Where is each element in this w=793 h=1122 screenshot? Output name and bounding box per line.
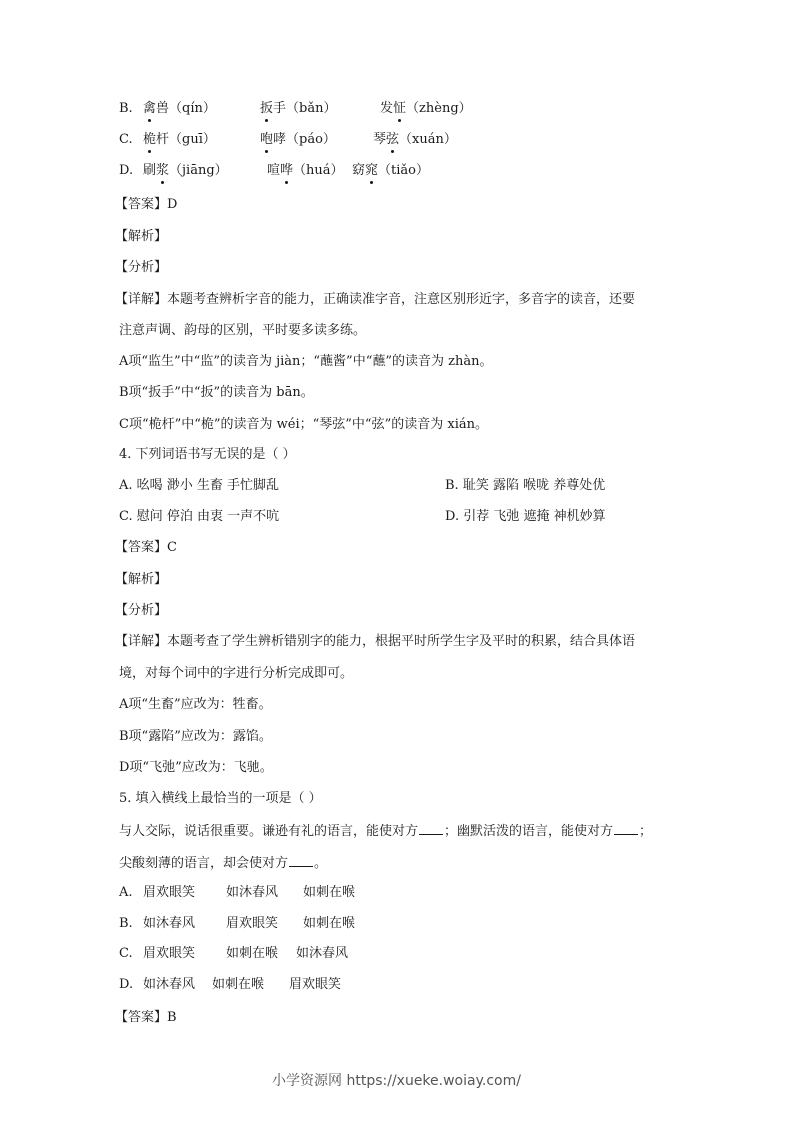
- char: 兽: [156, 101, 169, 116]
- answer-tag: 【答案】: [115, 540, 167, 555]
- footer-watermark: 小学资源网 https://xueke.woiay.com/: [0, 1070, 793, 1090]
- answer-value: D: [167, 197, 177, 212]
- q4-jiexi: 【解析】: [115, 572, 167, 588]
- q4-detail-b: B项“露陷”应改为：露馅。: [119, 729, 272, 745]
- q3-detail-line1: 【详解】本题考查辨析字音的能力，正确读准字音，注意区别形近字，多音字的读音，还要: [115, 292, 635, 308]
- q3-option-d: D. 刷浆（jiāng） 喧哗（huá） 窈窕（tiǎo）: [119, 163, 133, 179]
- detail-tag: 【详解】: [115, 634, 167, 649]
- dotted-char: 咆: [260, 132, 273, 148]
- char: 发: [380, 101, 393, 116]
- phrase: 如沐春风: [143, 916, 195, 932]
- q4-option-b: B. 耻笑 露陷 喉咙 养尊处优: [445, 478, 605, 494]
- pinyin: （tiǎo）: [378, 163, 429, 178]
- q3-answer: 【答案】D: [115, 197, 177, 213]
- q3-detail-b: B项“扳手”中“扳”的读音为 bān。: [119, 385, 314, 401]
- q5-option-d: D. 如沐春风 如刺在喉 眉欢眼笑: [119, 977, 133, 993]
- q5-paragraph-line2: 尖酸刻薄的语言，却会使对方。: [119, 854, 327, 872]
- dotted-char: 怔: [393, 101, 406, 117]
- phrase: 如刺在喉: [303, 916, 355, 932]
- char: 喧: [267, 163, 280, 178]
- q3-option-b: B. 禽兽（qín） 扳手（bǎn） 发怔（zhèng）: [119, 101, 133, 117]
- q4-detail-d: D项“飞弛”应改为：飞驰。: [119, 760, 273, 776]
- dotted-char: 浆: [156, 163, 169, 179]
- char: 手: [273, 101, 286, 116]
- q5-option-b: B. 如沐春风 眉欢眼笑 如刺在喉: [119, 916, 133, 932]
- pinyin: （páo）: [286, 132, 336, 147]
- q3-detail-a: A项“监生”中“监”的读音为 jiàn；“蘸酱”中“蘸”的读音为 zhàn。: [119, 354, 492, 370]
- option-label: C.: [119, 132, 133, 147]
- option-label: C.: [119, 946, 133, 961]
- q3-option-c: C. 桅杆（guī） 咆哮（páo） 琴弦（xuán）: [119, 132, 133, 148]
- word: 刷浆（jiāng）: [143, 163, 228, 179]
- q5-option-c: C. 眉欢眼笑 如刺在喉 如沐春风: [119, 946, 133, 962]
- pinyin: （xuán）: [399, 132, 457, 147]
- phrase: 如沐春风: [226, 885, 278, 901]
- option-label: A.: [119, 885, 133, 900]
- q4-stem: 4. 下列词语书写无误的是（ ）: [119, 447, 296, 463]
- phrase: 眉欢眼笑: [226, 916, 278, 932]
- q3-detail-c: C项“桅杆”中“桅”的读音为 wéi；“琴弦”中“弦”的读音为 xián。: [119, 417, 488, 433]
- phrase: 如刺在喉: [303, 885, 355, 901]
- text: ；幽默活泼的语言，能使对方: [444, 824, 613, 839]
- char: 哮: [273, 132, 286, 147]
- dotted-char: 哗: [280, 163, 293, 179]
- dotted-char: 扳: [260, 101, 273, 117]
- word: 扳手（bǎn）: [260, 101, 336, 117]
- char: 杆: [156, 132, 169, 147]
- q4-detail-a: A项“生畜”应改为：牲畜。: [119, 697, 272, 713]
- q4-option-c: C. 慰问 停泊 由衷 一声不吭: [119, 509, 279, 525]
- dotted-char: 禽: [143, 101, 156, 117]
- word: 喧哗（huá）: [267, 163, 344, 179]
- fill-blank: [614, 822, 638, 835]
- q5-option-a: A. 眉欢眼笑 如沐春风 如刺在喉: [119, 885, 133, 901]
- q5-paragraph-line1: 与人交际，说话很重要。谦逊有礼的语言，能使对方；幽默活泼的语言，能使对方；: [119, 822, 652, 840]
- q5-stem: 5. 填入横线上最恰当的一项是（ ）: [119, 791, 322, 807]
- q3-jiexi: 【解析】: [115, 229, 167, 245]
- word: 桅杆（guī）: [143, 132, 216, 148]
- q5-answer: 【答案】B: [115, 1010, 177, 1026]
- pinyin: （qín）: [169, 101, 216, 116]
- detail-tag: 【详解】: [115, 292, 167, 307]
- fill-blank: [419, 822, 443, 835]
- phrase: 眉欢眼笑: [143, 946, 195, 962]
- dotted-char: 窕: [365, 163, 378, 179]
- q4-fenxi: 【分析】: [115, 603, 167, 619]
- text: 。: [314, 856, 327, 871]
- text: 与人交际，说话很重要。谦逊有礼的语言，能使对方: [119, 824, 418, 839]
- dotted-char: 弦: [386, 132, 399, 148]
- answer-value: B: [167, 1010, 177, 1025]
- pinyin: （jiāng）: [169, 163, 228, 178]
- word: 窈窕（tiǎo）: [352, 163, 429, 179]
- detail-text: 本题考查了学生辨析错别字的能力，根据平时所学生字及平时的积累，结合具体语: [167, 634, 635, 649]
- q4-detail-line2: 境，对每个词中的字进行分析完成即可。: [119, 666, 353, 682]
- phrase: 如刺在喉: [212, 977, 264, 993]
- answer-value: C: [167, 540, 177, 555]
- q3-detail-line2: 注意声调、韵母的区别，平时要多读多练。: [119, 323, 366, 339]
- answer-tag: 【答案】: [115, 1010, 167, 1025]
- pinyin: （guī）: [169, 132, 216, 147]
- pinyin: （bǎn）: [286, 101, 336, 116]
- q4-answer: 【答案】C: [115, 540, 177, 556]
- option-label: D.: [119, 163, 133, 178]
- word: 咆哮（páo）: [260, 132, 336, 148]
- char: 刷: [143, 163, 156, 178]
- word: 琴弦（xuán）: [373, 132, 457, 148]
- phrase: 眉欢眼笑: [289, 977, 341, 993]
- char: 窈: [352, 163, 365, 178]
- char: 琴: [373, 132, 386, 147]
- q4-detail-line1: 【详解】本题考查了学生辨析错别字的能力，根据平时所学生字及平时的积累，结合具体语: [115, 634, 635, 650]
- detail-text: 本题考查辨析字音的能力，正确读准字音，注意区别形近字，多音字的读音，还要: [167, 292, 635, 307]
- answer-tag: 【答案】: [115, 197, 167, 212]
- dotted-char: 桅: [143, 132, 156, 148]
- word: 发怔（zhèng）: [380, 101, 472, 117]
- q4-option-d: D. 引荐 飞弛 遮掩 神机妙算: [445, 509, 606, 525]
- pinyin: （huá）: [293, 163, 344, 178]
- q4-option-a: A. 吆喝 渺小 生畜 手忙脚乱: [119, 478, 279, 494]
- pinyin: （zhèng）: [406, 101, 472, 116]
- option-label: D.: [119, 977, 133, 992]
- q3-fenxi: 【分析】: [115, 260, 167, 276]
- text: 尖酸刻薄的语言，却会使对方: [119, 856, 288, 871]
- option-label: B.: [119, 101, 133, 116]
- phrase: 如沐春风: [296, 946, 348, 962]
- text: ；: [639, 824, 652, 839]
- phrase: 眉欢眼笑: [143, 885, 195, 901]
- option-label: B.: [119, 916, 133, 931]
- fill-blank: [289, 854, 313, 867]
- phrase: 如沐春风: [143, 977, 195, 993]
- phrase: 如刺在喉: [226, 946, 278, 962]
- word: 禽兽（qín）: [143, 101, 216, 117]
